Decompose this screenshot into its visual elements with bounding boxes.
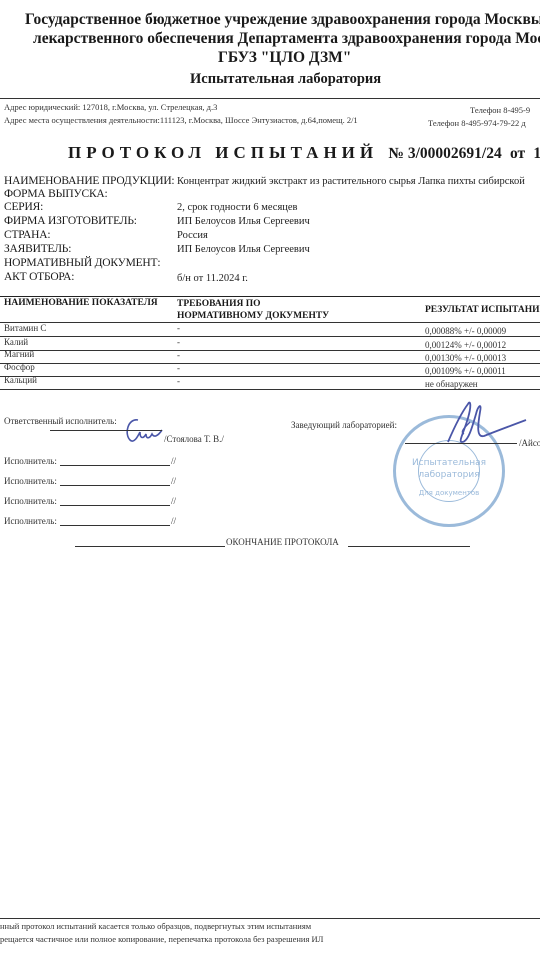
- responsible-executor-name: /Стоялова Т. В./: [164, 434, 224, 444]
- header-divider: [0, 98, 540, 99]
- field-value-manufacturer: ИП Белоусов Илья Сергеевич: [177, 216, 310, 227]
- field-label-applicant: ЗАЯВИТЕЛЬ:: [4, 243, 71, 255]
- row-divider: [0, 376, 540, 377]
- executor-slashes-2: //: [171, 476, 176, 486]
- field-label-product: НАИМЕНОВАНИЕ ПРОДУКЦИИ:: [4, 175, 174, 187]
- executor-signature-line-1: [60, 465, 170, 466]
- stamp-text-3: Для документов: [396, 488, 502, 499]
- executor-signature-line-2: [60, 485, 170, 486]
- field-label-series: СЕРИЯ:: [4, 201, 43, 213]
- executor-label-2: Исполнитель:: [4, 476, 57, 486]
- field-label-manufacturer: ФИРМА ИЗГОТОВИТЕЛЬ:: [4, 215, 137, 227]
- handwritten-signature-icon: [440, 398, 530, 450]
- field-value-product: Концентрат жидкий экстракт из растительн…: [177, 176, 525, 187]
- org-name-line2: лекарственного обеспечения Департамента …: [33, 30, 540, 48]
- row-result: не обнаружен: [425, 379, 478, 389]
- head-of-lab-label: Заведующий лабораторией:: [291, 420, 397, 430]
- protocol-number: № 3/00002691/24: [388, 145, 501, 162]
- field-value-country: Россия: [177, 230, 208, 241]
- responsible-executor-label: Ответственный исполнитель:: [4, 416, 117, 426]
- executor-signature-line-3: [60, 505, 170, 506]
- executor-label-3: Исполнитель:: [4, 496, 57, 506]
- protocol-title: ПРОТОКОЛ ИСПЫТАНИЙ № 3/00002691/24 от 12…: [68, 143, 540, 163]
- footer-line-2: рещается частичное или полное копировани…: [0, 934, 323, 944]
- handwritten-signature-icon: [120, 416, 164, 446]
- table-top-border: [0, 296, 540, 297]
- end-line-left: [75, 546, 225, 547]
- protocol-date-prefix: от: [510, 145, 525, 162]
- row-indicator-name: Магний: [4, 349, 34, 359]
- responsible-signature: [120, 416, 164, 451]
- row-indicator-name: Кальций: [4, 375, 37, 385]
- row-result: 0,00109% +/- 0,00011: [425, 366, 506, 376]
- row-requirement: -: [177, 363, 180, 373]
- column-header-result: РЕЗУЛЬТАТ ИСПЫТАНИ: [425, 305, 539, 316]
- executor-slashes-1: //: [171, 456, 176, 466]
- protocol-date: 12.12.24: [533, 145, 540, 162]
- responsible-signature-line: [50, 430, 162, 431]
- activity-phone: Телефон 8-495-974-79-22 д: [428, 118, 526, 128]
- row-result: 0,00088% +/- 0,00009: [425, 326, 506, 336]
- row-divider: [0, 336, 540, 337]
- org-short-name: ГБУЗ "ЦЛО ДЗМ": [218, 49, 351, 67]
- end-of-protocol: ОКОНЧАНИЕ ПРОТОКОЛА: [226, 537, 339, 547]
- legal-address: Адрес юридический: 127018, г.Москва, ул.…: [4, 102, 217, 112]
- legal-phone: Телефон 8-495-9: [470, 105, 530, 115]
- stamp-text-1: Испытательная: [396, 458, 502, 469]
- field-value-applicant: ИП Белоусов Илья Сергеевич: [177, 244, 310, 255]
- column-header-indicator: НАИМЕНОВАНИЕ ПОКАЗАТЕЛЯ: [4, 298, 158, 309]
- row-indicator-name: Фосфор: [4, 362, 35, 372]
- table-bottom-border: [0, 389, 540, 390]
- row-requirement: -: [177, 337, 180, 347]
- row-result: 0,00130% +/- 0,00013: [425, 353, 506, 363]
- row-divider: [0, 363, 540, 364]
- row-indicator-name: Калий: [4, 337, 28, 347]
- table-header-border: [0, 322, 540, 323]
- field-label-sampling-act: АКТ ОТБОРА:: [4, 271, 74, 283]
- org-name-line1: Государственное бюджетное учреждение здр…: [25, 11, 540, 29]
- field-label-country: СТРАНА:: [4, 229, 50, 241]
- row-requirement: -: [177, 323, 180, 333]
- head-signature: [440, 398, 530, 455]
- executor-label-1: Исполнитель:: [4, 456, 57, 466]
- row-indicator-name: Витамин С: [4, 323, 46, 333]
- row-divider: [0, 350, 540, 351]
- head-of-lab-name: /Айсо: [519, 438, 540, 448]
- activity-address: Адрес места осуществления деятельности:1…: [4, 115, 358, 125]
- column-header-requirements-2: НОРМАТИВНОМУ ДОКУМЕНТУ: [177, 311, 329, 322]
- row-result: 0,00124% +/- 0,00012: [425, 340, 506, 350]
- field-label-normative-doc: НОРМАТИВНЫЙ ДОКУМЕНТ:: [4, 257, 160, 269]
- row-requirement: -: [177, 376, 180, 386]
- field-label-form: ФОРМА ВЫПУСКА:: [4, 188, 108, 200]
- footer-line-1: нный протокол испытаний касается только …: [0, 921, 311, 931]
- protocol-title-text: ПРОТОКОЛ ИСПЫТАНИЙ: [68, 143, 378, 162]
- executor-signature-line-4: [60, 525, 170, 526]
- column-header-requirements-1: ТРЕБОВАНИЯ ПО: [177, 299, 260, 310]
- stamp-text-2: лаборатория: [396, 470, 502, 481]
- executor-label-4: Исполнитель:: [4, 516, 57, 526]
- end-line-right: [348, 546, 470, 547]
- field-value-series: 2, срок годности 6 месяцев: [177, 202, 298, 213]
- row-requirement: -: [177, 350, 180, 360]
- field-value-sampling-act: б/н от 11.2024 г.: [177, 273, 248, 284]
- footer-divider: [0, 918, 540, 919]
- lab-name: Испытательная лаборатория: [190, 70, 381, 88]
- executor-slashes-3: //: [171, 496, 176, 506]
- executor-slashes-4: //: [171, 516, 176, 526]
